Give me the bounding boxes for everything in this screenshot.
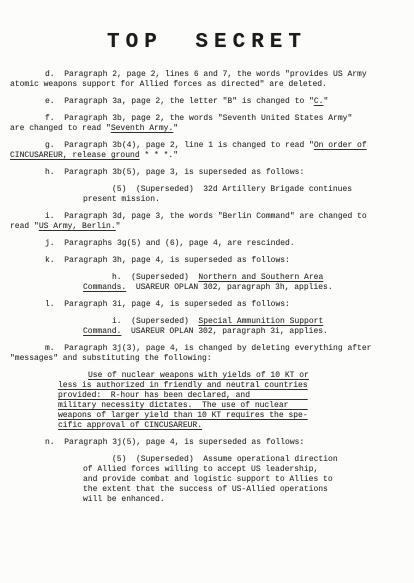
underlined-text: CINCUSAREUR, release ground: [10, 151, 140, 160]
text-segment: m. Paragraph 3j(3), page 4, is changed b…: [45, 344, 371, 353]
text-line: cific approval of CINCUSAREUR.: [58, 421, 414, 431]
text-line: will be enhanced.: [83, 495, 414, 505]
text-segment: * * *.": [140, 151, 178, 160]
underlined-text: cific approval of CINCUSAREUR.: [58, 421, 202, 430]
text-line: i. Paragraph 3d, page 3, the words "Berl…: [45, 212, 414, 222]
text-line: l. Paragraph 3i, page 4, is superseded a…: [45, 300, 414, 310]
text-segment: k. Paragraph 3h, page 4, is superseded a…: [45, 256, 290, 265]
text-segment: ": [116, 222, 121, 231]
text-segment: l. Paragraph 3i, page 4, is superseded a…: [45, 300, 290, 309]
text-line: less is authorized in friendly and neutr…: [58, 381, 414, 391]
text-line: h. (Superseded) Northern and Southern Ar…: [112, 273, 414, 283]
underlined-text: Northern and Southern Area: [198, 273, 323, 282]
document-page: TOP SECRET d. Paragraph 2, page 2, lines…: [0, 0, 414, 583]
text-line: g. Paragraph 3b(4), page 2, line 1 is ch…: [45, 141, 414, 151]
text-line: i. (Superseded) Special Ammunition Suppo…: [112, 317, 414, 327]
text-segment: "messages" and substituting the followin…: [10, 354, 212, 363]
text-line: n. Paragraph 3j(5), page 4, is supersede…: [45, 438, 414, 448]
text-line: Commands. USAREUR OPLAN 302, paragraph 3…: [83, 283, 414, 293]
text-line: provided: R-hour has been declared, and: [58, 391, 414, 401]
underlined-text: C.: [314, 97, 324, 106]
text-line: d. Paragraph 2, page 2, lines 6 and 7, t…: [45, 70, 414, 80]
text-segment: atomic weapons support for Allied forces…: [10, 80, 327, 89]
text-line: the extent that the success of US-Allied…: [83, 485, 414, 495]
text-segment: (5) (Superseded) Assume operational dire…: [112, 455, 338, 464]
text-line: read "US Army, Berlin.": [10, 222, 414, 232]
text-segment: of Allied forces willing to accept US le…: [83, 465, 318, 474]
text-line: CINCUSAREUR, release ground * * *.": [10, 151, 414, 161]
document-body: d. Paragraph 2, page 2, lines 6 and 7, t…: [0, 70, 414, 505]
text-line: k. Paragraph 3h, page 4, is superseded a…: [45, 256, 414, 266]
text-segment: the extent that the success of US-Allied…: [83, 485, 328, 494]
text-segment: will be enhanced.: [83, 495, 165, 504]
classification-banner: TOP SECRET: [0, 31, 414, 54]
text-line: (5) (Superseded) 32d Artillery Brigade c…: [112, 185, 414, 195]
text-segment: read ": [10, 222, 39, 231]
text-segment: ": [173, 124, 178, 133]
underlined-text: Special Ammunition Support: [198, 317, 323, 326]
text-line: of Allied forces willing to accept US le…: [83, 465, 414, 475]
underlined-text: military necessity dictates. The use of …: [58, 401, 308, 410]
text-line: (5) (Superseded) Assume operational dire…: [112, 455, 414, 465]
text-segment: ": [323, 97, 328, 106]
underlined-text: Seventh Army.: [111, 124, 173, 133]
text-segment: (5) (Superseded) 32d Artillery Brigade c…: [112, 185, 352, 194]
text-segment: e. Paragraph 3a, page 2, the letter "B" …: [45, 97, 314, 106]
text-line: e. Paragraph 3a, page 2, the letter "B" …: [45, 97, 414, 107]
text-line: Use of nuclear weapons with yields of 10…: [88, 371, 414, 381]
underlined-text: Commands.: [83, 283, 126, 292]
text-line: atomic weapons support for Allied forces…: [10, 80, 414, 90]
text-segment: h. (Superseded): [112, 273, 198, 282]
underlined-text: Command.: [83, 327, 121, 336]
underlined-text: US Army, Berlin.: [39, 222, 116, 231]
underlined-text: weapons of larger yield than 10 KT requi…: [58, 411, 308, 420]
text-segment: j. Paragraphs 3g(5) and (6), page 4, are…: [45, 239, 295, 248]
text-segment: f. Paragraph 3b, page 2, the words "Seve…: [45, 114, 352, 123]
text-line: are changed to read "Seventh Army.": [10, 124, 414, 134]
underlined-text: provided: R-hour has been declared, and: [58, 391, 308, 400]
underlined-text: Use of nuclear weapons with yields of 10…: [88, 371, 309, 380]
text-line: m. Paragraph 3j(3), page 4, is changed b…: [45, 344, 414, 354]
text-segment: d. Paragraph 2, page 2, lines 6 and 7, t…: [45, 70, 367, 79]
underlined-text: On order of: [314, 141, 367, 150]
text-segment: i. Paragraph 3d, page 3, the words "Berl…: [45, 212, 367, 221]
underlined-text: less is authorized in friendly and neutr…: [58, 381, 308, 390]
text-line: "messages" and substituting the followin…: [10, 354, 414, 364]
text-line: present mission.: [83, 195, 414, 205]
text-segment: g. Paragraph 3b(4), page 2, line 1 is ch…: [45, 141, 314, 150]
text-line: and provide combat and logistic support …: [83, 475, 414, 485]
text-segment: are changed to read ": [10, 124, 111, 133]
text-segment: USAREUR OPLAN 302, paragraph 3i, applies…: [121, 327, 327, 336]
text-line: weapons of larger yield than 10 KT requi…: [58, 411, 414, 421]
text-line: f. Paragraph 3b, page 2, the words "Seve…: [45, 114, 414, 124]
text-segment: USAREUR OPLAN 302, paragraph 3h, applies…: [126, 283, 332, 292]
text-line: j. Paragraphs 3g(5) and (6), page 4, are…: [45, 239, 414, 249]
text-segment: n. Paragraph 3j(5), page 4, is supersede…: [45, 438, 304, 447]
text-line: Command. USAREUR OPLAN 302, paragraph 3i…: [83, 327, 414, 337]
text-segment: h. Paragraph 3b(5), page 3, is supersede…: [45, 168, 304, 177]
text-segment: and provide combat and logistic support …: [83, 475, 333, 484]
text-segment: present mission.: [83, 195, 160, 204]
text-line: military necessity dictates. The use of …: [58, 401, 414, 411]
text-segment: i. (Superseded): [112, 317, 198, 326]
text-line: h. Paragraph 3b(5), page 3, is supersede…: [45, 168, 414, 178]
